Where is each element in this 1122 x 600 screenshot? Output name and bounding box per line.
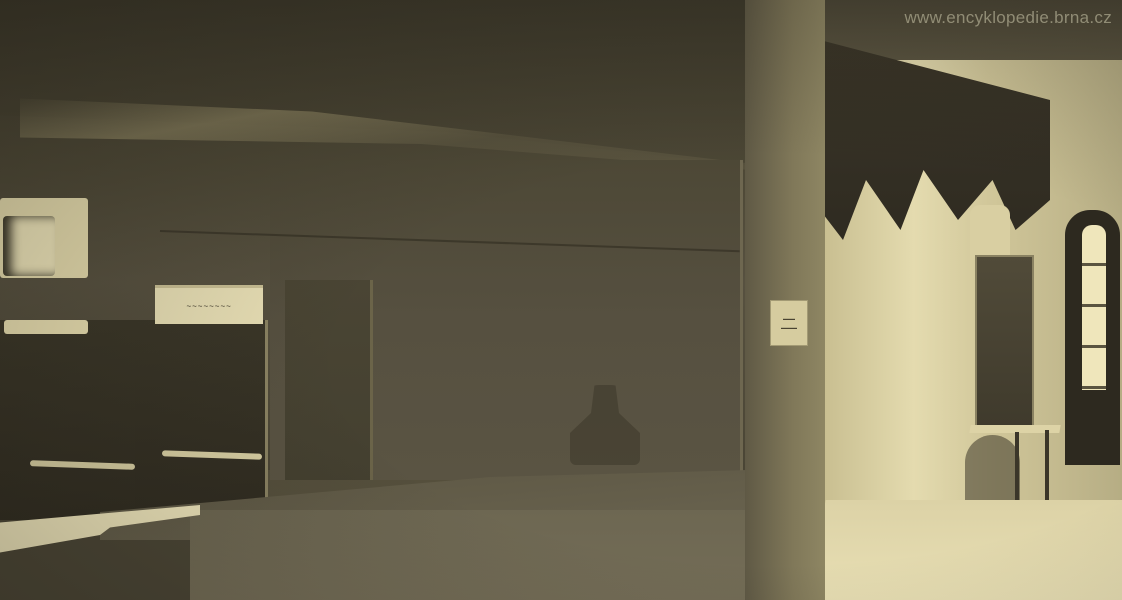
- wall-notice-line: ▬▬▬▬: [781, 325, 797, 330]
- stove-ornament: [970, 205, 1010, 260]
- wall-notice-line: ▬▬▬: [783, 316, 795, 321]
- table-leg: [1045, 430, 1049, 510]
- arched-window: [1082, 225, 1106, 390]
- service-booth: [135, 320, 268, 510]
- wall-notice: ▬▬▬ ▬▬▬▬: [770, 300, 808, 346]
- light-strip: [4, 320, 88, 334]
- booth-sign: ~~~~~~~~: [155, 285, 263, 324]
- corridor-floor: [810, 500, 1122, 600]
- counter-front: [190, 510, 810, 600]
- watermark: www.encyklopedie.brna.cz: [904, 8, 1112, 28]
- tiled-stove: [975, 255, 1034, 429]
- service-booth: [285, 280, 373, 480]
- window-pane: [3, 216, 55, 276]
- booth-sign-text: ~~~~~~~~: [186, 302, 231, 311]
- service-booth: [0, 320, 138, 520]
- photograph: ~~~~~~~~ ▬▬▬ ▬▬▬▬ www.encyklopedie.brna.…: [0, 0, 1122, 600]
